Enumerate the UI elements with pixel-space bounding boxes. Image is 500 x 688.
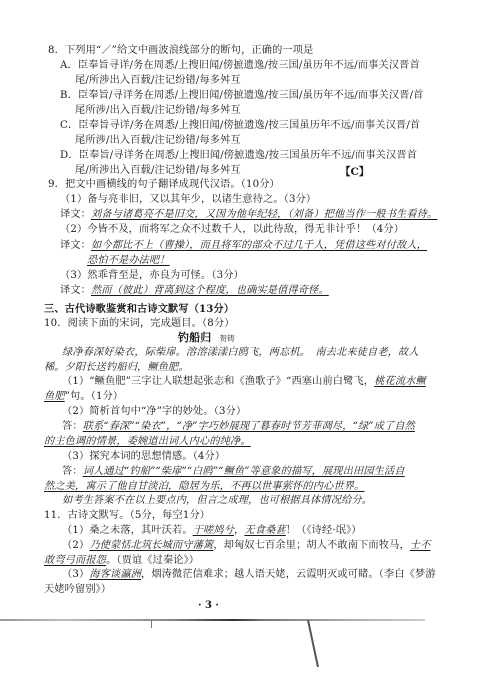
q11-item3-text: ，烟涛微茫信难求；越人语天姥，云霞明灭或可睹。（李白《梦游 — [141, 569, 436, 580]
q11-item3-number: （3） — [62, 569, 89, 580]
q11-item1-source: ！（《诗经·氓》） — [286, 525, 362, 536]
q11-item2-blank2-part2: 敢弯弓而报怨 — [44, 555, 106, 566]
q10-sub1-text: （1）“鳜鱼肥”三字让人联想起张志和《渔歌子》“西塞山前白鹭飞， — [62, 376, 374, 387]
q9-item1-label: 译文： — [60, 209, 91, 220]
q8-option-c-line2: 尾所涉/出入百载/注记纷错/每多舛互 — [75, 134, 241, 147]
q9-item3-label: 译文： — [60, 285, 91, 296]
q9-item2-label: 译文： — [60, 240, 91, 251]
q11-item2-line2: 敢弯弓而报怨。（贾谊《过秦论》） — [44, 554, 199, 567]
q8-option-a-line1: A．臣奉旨寻详/务在周悉/上搜旧闻/傍摭遗逸/按三国/虽历年不远/而事关汉晋首 — [60, 59, 420, 72]
q11-item2-line1: （2）乃使蒙恬北筑长城而守藩篱，却匈奴七百余里；胡人不敢南下而牧马，士不 — [62, 539, 430, 552]
poem-line2: 稀。夕阳长送钓船归，鳜鱼肥。 — [44, 361, 189, 374]
q10-sub1-score: ”句。（1分） — [65, 391, 124, 402]
q8-option-b-line1: B．臣奉旨/寻详务在周悉/上搜旧闻/傍摭遗逸/按三国/虽历年不远/而事关汉晋/首 — [60, 89, 424, 102]
q8-answer: 【C】 — [340, 164, 369, 179]
q10-sub1-line1: （1）“鳜鱼肥”三字让人联想起张志和《渔歌子》“西塞山前白鹭飞，桃花流水鳜 — [62, 375, 426, 388]
q11-item3-line2: 天姥吟留别》） — [44, 583, 111, 596]
q8-stem: 8．下列用“／”给文中画波浪线部分的断句，正确的一项是 — [48, 44, 313, 57]
section3-title: 三、古代诗歌鉴赏和古诗文默写（13分） — [44, 303, 234, 316]
q8-option-d-line2: 尾/所涉出入百载/注记纷错/每多舛互 — [75, 164, 241, 177]
q10-sub2-answer-line1: 答：联系“春深”“染衣”，“净”字巧妙展现了暮春时节芳菲凋尽，“绿”成了自然 — [62, 420, 415, 433]
q10-sub3-answer-line1: 答：词人通过“钓船”“柴扉”“白鸥”“鳜鱼”等意象的描写，展现出田园生活自 — [62, 465, 405, 478]
q10-sub3-question: （3）探究本词的思想情感。（4分） — [62, 450, 225, 463]
q11-item1-prompt: （1）桑之未落，其叶沃若。 — [62, 525, 193, 536]
q9-item2-question: （2）今皆不及，而将军之众不过数千人，以此待敌，得无非计乎！（4分） — [60, 223, 404, 236]
page-number: · 3 · — [198, 600, 219, 611]
scan-fold-crease — [0, 619, 425, 621]
q11-item3-blank1: 海客谈瀛洲 — [89, 569, 141, 580]
poem-line1: 绿净春深好染衣，际柴扉。溶溶漾漾白鸥飞，两忘机。 南去北来徒自老，故人 — [62, 346, 419, 359]
q10-sub2-answer-text1: 联系“春深”“染衣”，“净”字巧妙展现了暮春时节芳菲凋尽，“绿”成了自然 — [83, 421, 415, 432]
q10-sub2-answer-line2: 的主色调的情景，委婉道出词人内心的纯净。 — [44, 435, 251, 448]
q11-item1-sep: ， — [234, 525, 244, 536]
q10-sub2-label: 答： — [62, 421, 83, 432]
q10-sub1-line2: 鱼肥”句。（1分） — [44, 390, 123, 403]
q9-item3-question: （3）然乖背至是，亦良为可怪。（3分） — [60, 269, 244, 282]
q11-item2-number: （2） — [62, 540, 89, 551]
q8-option-a-line2: 尾/所涉出入百载/注记纷错/每多舛互 — [75, 74, 241, 87]
q9-item1-answer: 译文：刘备与诸葛亮不是旧交，又因为他年纪轻，（刘备）把他当作一般书生看待。 — [60, 208, 437, 221]
q9-item3-answer: 译文：然而（彼此）背离到这个程度，也确实是值得奇怪。 — [60, 284, 329, 297]
q8-option-d-line1: D．臣奉旨/寻详务在周悉/上搜旧闻/傍摭遗逸/按三国虽历年不远/而事关汉晋首 — [60, 149, 417, 162]
q10-sub2-question: （2）简析首句中“净”字的妙处。（3分） — [62, 405, 246, 418]
q10-sub1-answer-part2: 鱼肥 — [44, 391, 65, 402]
q8-option-c-line1: C．臣奉旨寻详/务在周悉/上搜旧闻/傍摭遗逸/按三国虽历年不远/而事关汉晋/首 — [60, 119, 420, 132]
scan-mark — [151, 620, 152, 628]
q10-sub3-label: 答： — [62, 466, 83, 477]
q11-item1: （1）桑之未落，其叶沃若。于嗟鸠兮，无食桑葚！（《诗经·氓》） — [62, 524, 362, 537]
q11-item1-blank2: 无食桑葚 — [244, 525, 285, 536]
q9-item2-translation-line2: 恐怕不是办法吧！ — [87, 254, 170, 267]
q10-grading-note: 如考生答案不在以上要点内，但言之成理，也可根据具体情况给分。 — [62, 494, 372, 507]
q10-sub1-answer-part1: 桃花流水鳜 — [374, 376, 426, 387]
poem-author: 贺铸 — [219, 334, 234, 343]
q11-item2-text: ，却匈奴七百余里；胡人不敢南下而牧马， — [213, 540, 409, 551]
q10-sub3-answer-line2: 然之美，寓示了他自甘淡泊，隐居为乐，不再以世事萦怀的内心世界。 — [44, 480, 364, 493]
q9-item1-question: （1）备与亮非旧，又以其年少，以诸生意待之。（3分） — [60, 193, 316, 206]
q10-stem: 10．阅读下面的宋词，完成题目。（8分） — [44, 317, 235, 330]
q11-stem: 11．古诗文默写。（5分，每空1分） — [44, 509, 210, 522]
exam-answer-page: 8．下列用“／”给文中画波浪线部分的断句，正确的一项是 A．臣奉旨寻详/务在周悉… — [0, 0, 500, 688]
q11-item2-blank1: 乃使蒙恬北筑长城而守藩篱 — [89, 540, 213, 551]
q9-item1-translation: 刘备与诸葛亮不是旧交，又因为他年纪轻，（刘备）把他当作一般书生看待。 — [91, 209, 437, 220]
poem-title: 钓船归 — [178, 331, 211, 344]
q11-item2-source: 。（贾谊《过秦论》） — [106, 555, 199, 566]
q11-item3-line1: （3）海客谈瀛洲，烟涛微茫信难求；越人语天姥，云霞明灭或可睹。（李白《梦游 — [62, 568, 436, 581]
q11-item1-blank1: 于嗟鸠兮 — [193, 525, 234, 536]
q9-item3-translation: 然而（彼此）背离到这个程度，也确实是值得奇怪。 — [91, 285, 329, 296]
q8-option-b-line2: 尾所涉/出入百载/注记纷错/每多舛互 — [75, 104, 241, 117]
q9-stem: 9．把文中画横线的句子翻译成现代汉语。（10分） — [48, 178, 280, 191]
q9-item2-answer: 译文：如今都比不上（曹操），而且将军的部众不过几千人，凭借这些对付敌人， — [60, 239, 427, 252]
q11-item2-blank2-part1: 士不 — [410, 540, 431, 551]
q10-sub3-answer-text1: 词人通过“钓船”“柴扉”“白鸥”“鳜鱼”等意象的描写，展现出田园生活自 — [83, 466, 405, 477]
q9-item2-translation-line1: 如今都比不上（曹操），而且将军的部众不过几千人，凭借这些对付敌人， — [91, 240, 427, 251]
poem-heading: 钓船归贺铸 — [178, 331, 235, 345]
